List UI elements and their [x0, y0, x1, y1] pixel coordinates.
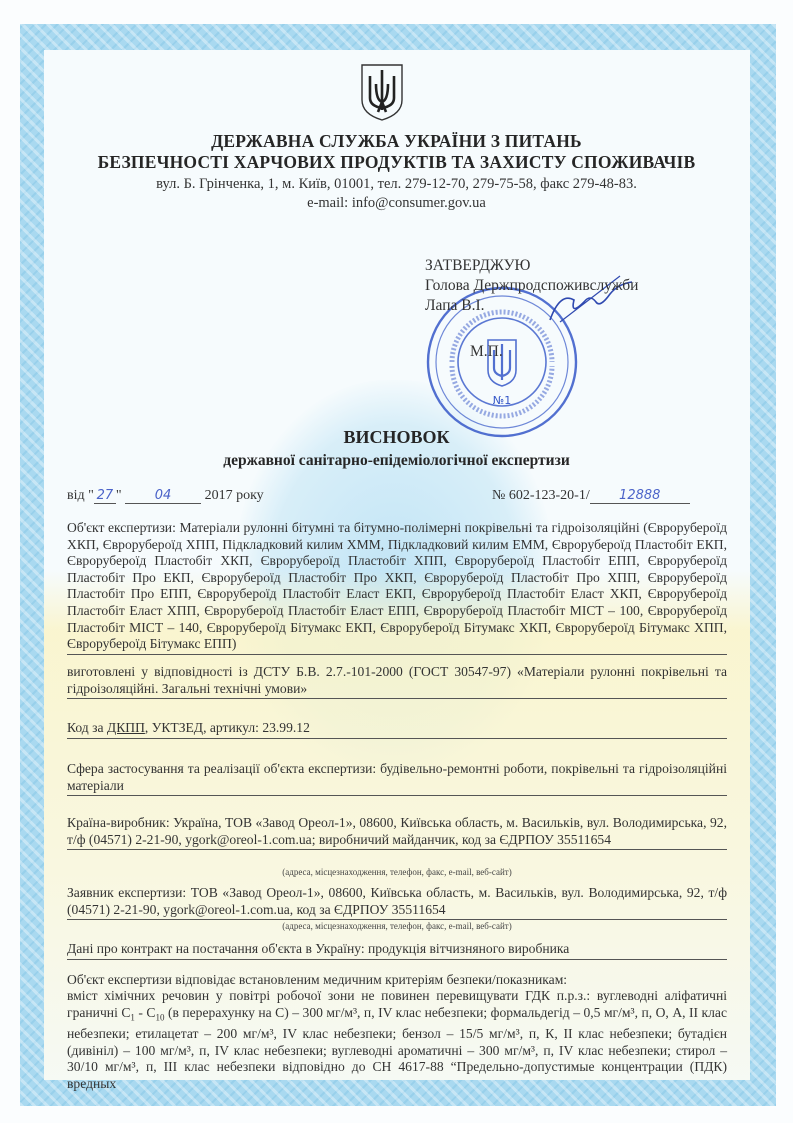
date-year: 2017 року — [205, 488, 264, 503]
application-scope: Сфера застосування та реалізації об'єкта… — [67, 761, 727, 796]
document-number: № 602-123-20-1/12888 — [492, 488, 690, 504]
code-prefix: Код за — [67, 720, 107, 735]
org-address: вул. Б. Грінченка, 1, м. Київ, 01001, те… — [0, 176, 793, 193]
applicant-caption: (адреса, місцезнаходження, телефон, факс… — [67, 921, 727, 931]
producer-caption: (адреса, місцезнаходження, телефон, факс… — [67, 867, 727, 877]
approve-label: ЗАТВЕРДЖУЮ — [425, 256, 638, 276]
date-prefix: від " — [67, 488, 94, 503]
svg-text:№1: №1 — [493, 394, 511, 407]
expertise-object: Об'єкт експертизи: Матеріали рулонні біт… — [67, 520, 727, 655]
applicant: Заявник експертизи: ТОВ «Завод Ореол-1»,… — [67, 885, 727, 920]
code-suffix: , УКТЗЕД, артикул: 23.99.12 — [145, 720, 310, 735]
number-handwritten: 12888 — [590, 488, 690, 504]
org-name-line2: БЕЗПЕЧНОСТІ ХАРЧОВИХ ПРОДУКТІВ ТА ЗАХИСТ… — [0, 152, 793, 173]
date-day: 27 — [94, 488, 116, 504]
org-name-line1: ДЕРЖАВНА СЛУЖБА УКРАЇНИ З ПИТАНЬ — [0, 131, 793, 152]
trident-coat-of-arms-icon — [358, 62, 406, 122]
document-title: ВИСНОВОК — [0, 427, 793, 448]
document-date: від "27" 04 2017 року — [67, 488, 264, 504]
approver-name: Лапа В.І. — [425, 296, 638, 316]
document-subtitle: державної санітарно-епідеміологічної екс… — [0, 452, 793, 470]
date-quote: " — [116, 488, 122, 503]
approval-block: ЗАТВЕРДЖУЮ Голова Держпродспоживслужби Л… — [425, 256, 638, 316]
safety-criteria-heading: Об'єкт експертизи відповідає встановлени… — [67, 972, 727, 989]
product-code: Код за ДКПП, УКТЗЕД, артикул: 23.99.12 — [67, 720, 727, 739]
safety-criteria-text: вміст хімічних речовин у повітрі робочої… — [67, 988, 727, 1092]
date-month: 04 — [125, 488, 201, 504]
contract-info: Дані про контракт на постачання об'єкта … — [67, 941, 727, 960]
code-dkpp: ДКПП — [107, 720, 145, 735]
org-email: e-mail: info@consumer.gov.ua — [0, 195, 793, 212]
manufactured-standard: виготовлені у відповідності із ДСТУ Б.В.… — [67, 664, 727, 699]
approver-position: Голова Держпродспоживслужби — [425, 276, 638, 296]
producer-country: Країна-виробник: Україна, ТОВ «Завод Оре… — [67, 815, 727, 850]
stamp-place-label: М.П. — [470, 343, 503, 361]
number-prefix: № 602-123-20-1/ — [492, 488, 590, 503]
